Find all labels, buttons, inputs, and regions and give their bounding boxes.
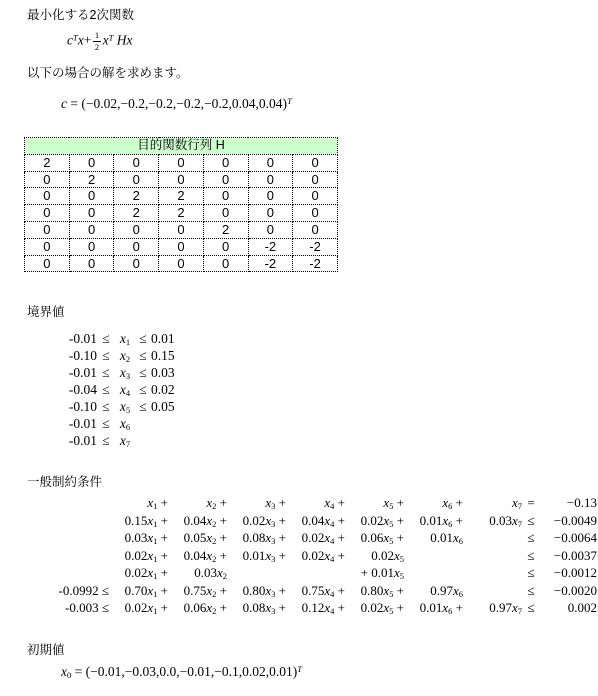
relation-sign: ≤ [522,529,540,547]
constraint-term: 0.01x6 + [404,599,463,617]
bound-lower-value: -0.01 [63,415,97,432]
plus-sign: + [84,33,92,48]
constraint-lower-bound [57,547,109,565]
bound-upper-value: 0.03 [151,364,197,381]
bound-row: -0.01 ≤ x7 [63,432,197,449]
plus-sign: + [157,600,168,615]
leq-sign: ≤ [135,364,151,381]
constraint-term: 0.97x6 [404,582,463,600]
plus-sign: + [275,513,286,528]
matrix-row: 0 0 0 0 0 -2 -2 [25,238,338,255]
plus-sign: + [157,530,168,545]
plus-sign: + [334,583,345,598]
bound-variable: x3 [115,364,135,381]
matrix-cell: 0 [114,255,159,272]
constraint-term: 0.08x3 + [227,599,286,617]
bound-upper-value: 0.05 [151,398,197,415]
constraint-rhs: −0.0037 [540,547,597,565]
relation-sign: ≤ [522,599,540,617]
bound-lower-value: -0.01 [63,432,97,449]
matrix-row: 0 0 2 2 0 0 0 [25,188,338,205]
matrix-cell: 0 [203,171,248,188]
constraint-term: 0.05x2 + [168,529,227,547]
c-vector-body: = (−0.02,−0.2,−0.2,−0.2,−0.2,0.04,0.04) [67,96,287,111]
constraint-term: 0.04x2 + [168,547,227,565]
constraint-term: x7 [463,494,522,512]
matrix-cell: 0 [25,205,70,222]
constraint-row: 0.03x1 + 0.05x2 + 0.08x3 + 0.02x4 + 0.06… [57,529,597,547]
constraint-term: 0.03x1 + [109,529,168,547]
constraint-term: 0.02x5 + [345,512,404,530]
constraint-rhs: −0.0049 [540,512,597,530]
constraint-rhs: −0.0020 [540,582,597,600]
constraint-term: + 0.01x5 [345,564,404,582]
x0-formula: x0 = (−0.01,−0.03,0.0,−0.01,−0.1,0.02,0.… [61,664,302,680]
constraint-term: 0.06x2 + [168,599,227,617]
matrix-cell: 2 [114,188,159,205]
constraint-term: 0.08x3 + [227,529,286,547]
constraint-term: 0.75x4 + [286,582,345,600]
bounds-table: -0.01 ≤ x1 ≤ 0.01 -0.10 ≤ x2 ≤ 0.15 -0.0… [63,330,197,449]
constraint-term: x6 + [404,494,463,512]
plus-sign: + [334,600,345,615]
relation-sign: ≤ [522,582,540,600]
constraint-term: 0.02x1 + [109,599,168,617]
formula-var-H: H [117,33,127,48]
constraint-term: x4 + [286,494,345,512]
matrix-row: 2 0 0 0 0 0 0 [25,154,338,171]
matrix-cell: 0 [25,171,70,188]
term-coef: 0.80 [361,583,384,598]
c-vector-formula: c = (−0.02,−0.2,−0.2,−0.2,−0.2,0.04,0.04… [61,96,292,112]
matrix-cell: 0 [203,188,248,205]
x0-body: = (−0.01,−0.03,0.0,−0.01,−0.1,0.02,0.01) [71,664,297,679]
matrix-cell: 0 [69,221,114,238]
constraint-term [463,529,522,547]
matrix-cell: 0 [159,171,204,188]
plus-sign: + [157,565,168,580]
bound-row: -0.10 ≤ x2 ≤ 0.15 [63,347,197,364]
plus-sign: + [393,495,404,510]
bound-variable: x5 [115,398,135,415]
matrix-cell: 0 [293,221,338,238]
leq-sign: ≤ [135,330,151,347]
var-subscript: 2 [223,571,227,581]
term-coef: 0.15 [125,513,148,528]
h-matrix-table: 目的関数行列 H 2 0 0 0 0 0 0 0 2 0 [24,137,338,272]
plus-sign: + [216,600,227,615]
bound-lower-value: -0.01 [63,364,97,381]
document-page: 最小化する2次関数 cTx+12xT Hx 以下の場合の解を求めます。 c = … [0,0,598,696]
leq-sign: ≤ [97,347,115,364]
constraint-term: 0.02x1 + [109,547,168,565]
matrix-cell: 0 [248,221,293,238]
var-subscript: 7 [518,606,522,616]
matrix-row: 0 2 0 0 0 0 0 [25,171,338,188]
constraint-lower-bound [57,512,109,530]
var-subscript: 5 [400,554,404,564]
term-coef: 0.04 [184,548,207,563]
matrix-cell: 0 [25,255,70,272]
constraint-term: 0.01x6 + [404,512,463,530]
term-coef: 0.03 [489,513,512,528]
constraint-term [404,547,463,565]
constraint-term: x1 + [109,494,168,512]
matrix-cell: 0 [293,188,338,205]
leq-sign: ≤ [97,432,115,449]
constraint-term: 0.70x1 + [109,582,168,600]
leq-sign: ≤ [97,381,115,398]
bound-upper-value [151,415,197,432]
plus-sign: + [275,548,286,563]
term-coef: 0.12 [302,600,325,615]
matrix-cell: 0 [114,154,159,171]
plus-sign: + [393,583,404,598]
bound-variable: x6 [115,415,135,432]
term-coef: 0.08 [243,530,266,545]
var-subscript: 2 [126,354,130,364]
term-coef: 0.01 [243,548,266,563]
transpose-sup: T [287,96,292,106]
leq-sign: ≤ [135,398,151,415]
constraint-lower-bound [57,529,109,547]
matrix-cell: 0 [203,255,248,272]
matrix-cell: 0 [25,188,70,205]
plus-sign: + [216,548,227,563]
constraint-lower-bound [57,564,109,582]
term-coef: 0.02 [125,548,148,563]
bound-row: -0.10 ≤ x5 ≤ 0.05 [63,398,197,415]
term-coef: 0.03 [194,565,217,580]
constraint-rhs: −0.13 [540,494,597,512]
constraint-term: 0.04x2 + [168,512,227,530]
plus-sign: + [334,513,345,528]
relation-sign: = [522,494,540,512]
constraint-term [463,582,522,600]
leq-sign [135,432,151,449]
matrix-cell: 2 [69,171,114,188]
constraints-table: x1 + x2 + x3 + x4 + x5 + x6 + x7 = −0.13… [57,494,597,617]
constraint-term: 0.03x2 [168,564,227,582]
h-matrix-title: 目的関数行列 H [25,138,338,155]
constraint-term: 0.02x1 + [109,564,168,582]
bound-variable: x2 [115,347,135,364]
plus-sign: + [393,513,404,528]
plus-sign: + [275,530,286,545]
term-coef: 0.01 [420,513,443,528]
constraint-row: 0.02x1 + 0.03x2 + 0.01x5 ≤ −0.0012 [57,564,597,582]
term-coef: 0.80 [243,583,266,598]
var-subscript: 4 [126,388,130,398]
constraint-row: x1 + x2 + x3 + x4 + x5 + x6 + x7 = −0.13 [57,494,597,512]
matrix-cell: 0 [69,255,114,272]
var-subscript: 5 [400,571,404,581]
term-coef: 0.04 [184,513,207,528]
term-coef: 0.02 [302,530,325,545]
h-matrix-header-row: 目的関数行列 H [25,138,338,155]
plus-sign: + [334,495,345,510]
plus-sign: + [275,583,286,598]
plus-sign: + [216,495,227,510]
constraint-row: 0.02x1 + 0.04x2 + 0.01x3 + 0.02x4 + 0.02… [57,547,597,565]
fraction-denominator: 2 [93,42,100,52]
constraint-term: 0.97x7 [463,599,522,617]
matrix-cell: -2 [293,255,338,272]
matrix-cell: -2 [248,238,293,255]
term-coef: 0.02 [361,600,384,615]
var-subscript: 6 [459,589,463,599]
term-coef: 0.01 [420,600,443,615]
constraint-lower-bound: -0.003 ≤ [57,599,109,617]
matrix-cell: 0 [159,221,204,238]
term-coef: 0.06 [184,600,207,615]
matrix-cell: 0 [114,171,159,188]
term-coef: 0.01 [430,530,453,545]
matrix-cell: 2 [203,221,248,238]
constraint-term: 0.02x5 + [345,599,404,617]
matrix-cell: 0 [25,238,70,255]
var-subscript: 7 [518,519,522,529]
constraint-rhs: 0.002 [540,599,597,617]
term-coef: 0.05 [184,530,207,545]
matrix-cell: 0 [293,154,338,171]
matrix-row: 0 0 2 2 0 0 0 [25,205,338,222]
matrix-cell: -2 [293,238,338,255]
init-heading: 初期値 [27,643,65,658]
plus-sign: + [216,513,227,528]
plus-sign: + [216,530,227,545]
var-subscript: 6 [126,422,130,432]
term-coef: 0.02 [371,548,394,563]
term-coef: + 0.01 [361,565,394,580]
constraint-term: 0.15x1 + [109,512,168,530]
var-subscript: 3 [126,371,130,381]
bound-lower-value: -0.04 [63,381,97,398]
term-coef: 0.02 [243,513,266,528]
bounds-heading: 境界値 [27,305,65,320]
plus-sign: + [452,513,463,528]
matrix-row: 0 0 0 0 0 -2 -2 [25,255,338,272]
term-coef: 0.75 [184,583,207,598]
constraint-term: x3 + [227,494,286,512]
leq-sign: ≤ [135,347,151,364]
term-coef: 0.06 [361,530,384,545]
constraint-term: 0.01x6 [404,529,463,547]
constraint-term: x2 + [168,494,227,512]
constraint-term: 0.04x4 + [286,512,345,530]
constraint-term [404,564,463,582]
bound-variable: x1 [115,330,135,347]
plus-sign: + [157,548,168,563]
plus-sign: + [157,513,168,528]
constraint-term: 0.75x2 + [168,582,227,600]
plus-sign: + [216,583,227,598]
intro-text: 以下の場合の解を求めます。 [27,66,189,81]
constraints-heading: 一般制約条件 [27,475,102,490]
leq-sign [135,415,151,432]
transpose-sup: T [109,33,114,43]
constraint-row: -0.0992 ≤ 0.70x1 + 0.75x2 + 0.80x3 + 0.7… [57,582,597,600]
constraint-lower-bound: -0.0992 ≤ [57,582,109,600]
plus-sign: + [393,600,404,615]
matrix-cell: 0 [69,154,114,171]
bound-variable: x7 [115,432,135,449]
constraint-term: 0.02x4 + [286,529,345,547]
matrix-cell: 0 [114,221,159,238]
leq-sign: ≤ [97,330,115,347]
term-coef: 0.04 [302,513,325,528]
matrix-cell: 0 [293,205,338,222]
constraint-term: 0.02x4 + [286,547,345,565]
term-coef: 0.97 [489,600,512,615]
var-subscript: 5 [126,405,130,415]
matrix-cell: 2 [159,188,204,205]
bound-row: -0.04 ≤ x4 ≤ 0.02 [63,381,197,398]
constraint-rhs: −0.0012 [540,564,597,582]
plus-sign: + [452,600,463,615]
bound-upper-value: 0.15 [151,347,197,364]
matrix-cell: 2 [159,205,204,222]
fraction-one-half: 12 [93,31,100,51]
constraint-term: 0.02x5 [345,547,404,565]
bound-variable: x4 [115,381,135,398]
term-coef: 0.75 [302,583,325,598]
bound-lower-value: -0.10 [63,398,97,415]
term-coef: 0.03 [125,530,148,545]
page-title: 最小化する2次関数 [27,8,134,23]
matrix-cell: 0 [69,205,114,222]
fraction-numerator: 1 [93,31,100,42]
matrix-cell: 2 [25,154,70,171]
matrix-cell: 0 [248,188,293,205]
constraint-term: 0.03x7 [463,512,522,530]
matrix-row: 0 0 0 0 2 0 0 [25,221,338,238]
leq-sign: ≤ [97,364,115,381]
constraint-term [463,564,522,582]
matrix-cell: 0 [203,238,248,255]
constraint-term: 0.06x5 + [345,529,404,547]
constraint-term [227,564,286,582]
constraint-term: x5 + [345,494,404,512]
bound-lower-value: -0.01 [63,330,97,347]
plus-sign: + [452,495,463,510]
var-subscript: 7 [126,439,130,449]
constraint-term: 0.12x4 + [286,599,345,617]
formula-var-x: x [126,33,132,48]
term-coef: 0.08 [243,600,266,615]
constraint-term: 0.02x3 + [227,512,286,530]
constraint-rhs: −0.0064 [540,529,597,547]
constraint-row: 0.15x1 + 0.04x2 + 0.02x3 + 0.04x4 + 0.02… [57,512,597,530]
bound-row: -0.01 ≤ x1 ≤ 0.01 [63,330,197,347]
constraint-term [286,564,345,582]
leq-sign: ≤ [97,415,115,432]
matrix-cell: 0 [248,205,293,222]
bound-lower-value: -0.10 [63,347,97,364]
bound-row: -0.01 ≤ x6 [63,415,197,432]
constraint-term [463,547,522,565]
matrix-cell: 0 [203,154,248,171]
term-coef: 0.70 [125,583,148,598]
constraint-term: 0.01x3 + [227,547,286,565]
var-subscript: 1 [126,337,130,347]
leq-sign: ≤ [135,381,151,398]
constraint-term: 0.80x3 + [227,582,286,600]
relation-sign: ≤ [522,564,540,582]
plus-sign: + [393,530,404,545]
term-coef: 0.02 [302,548,325,563]
matrix-cell: 0 [248,154,293,171]
plus-sign: + [334,530,345,545]
term-coef: 0.02 [125,565,148,580]
matrix-cell: 0 [159,154,204,171]
plus-sign: + [275,495,286,510]
bound-upper-value: 0.02 [151,381,197,398]
term-coef: 0.97 [430,583,453,598]
matrix-cell: 0 [248,171,293,188]
plus-sign: + [334,548,345,563]
matrix-cell: 2 [114,205,159,222]
bound-row: -0.01 ≤ x3 ≤ 0.03 [63,364,197,381]
constraint-row: -0.003 ≤ 0.02x1 + 0.06x2 + 0.08x3 + 0.12… [57,599,597,617]
matrix-cell: 0 [25,221,70,238]
matrix-cell: -2 [248,255,293,272]
var-subscript: 6 [459,536,463,546]
matrix-cell: 0 [159,255,204,272]
relation-sign: ≤ [522,512,540,530]
term-coef: 0.02 [361,513,384,528]
term-coef: 0.02 [125,600,148,615]
objective-formula: cTx+12xT Hx [67,31,132,51]
bound-upper-value [151,432,197,449]
leq-sign: ≤ [97,398,115,415]
transpose-sup: T [297,664,302,674]
var-subscript: 7 [518,501,522,511]
constraint-term: 0.80x5 + [345,582,404,600]
matrix-cell: 0 [159,238,204,255]
bound-upper-value: 0.01 [151,330,197,347]
matrix-cell: 0 [293,171,338,188]
constraint-lower-bound [57,494,109,512]
matrix-cell: 0 [69,188,114,205]
matrix-cell: 0 [69,238,114,255]
plus-sign: + [157,495,168,510]
plus-sign: + [157,583,168,598]
relation-sign: ≤ [522,547,540,565]
matrix-cell: 0 [114,238,159,255]
plus-sign: + [275,600,286,615]
matrix-cell: 0 [203,205,248,222]
